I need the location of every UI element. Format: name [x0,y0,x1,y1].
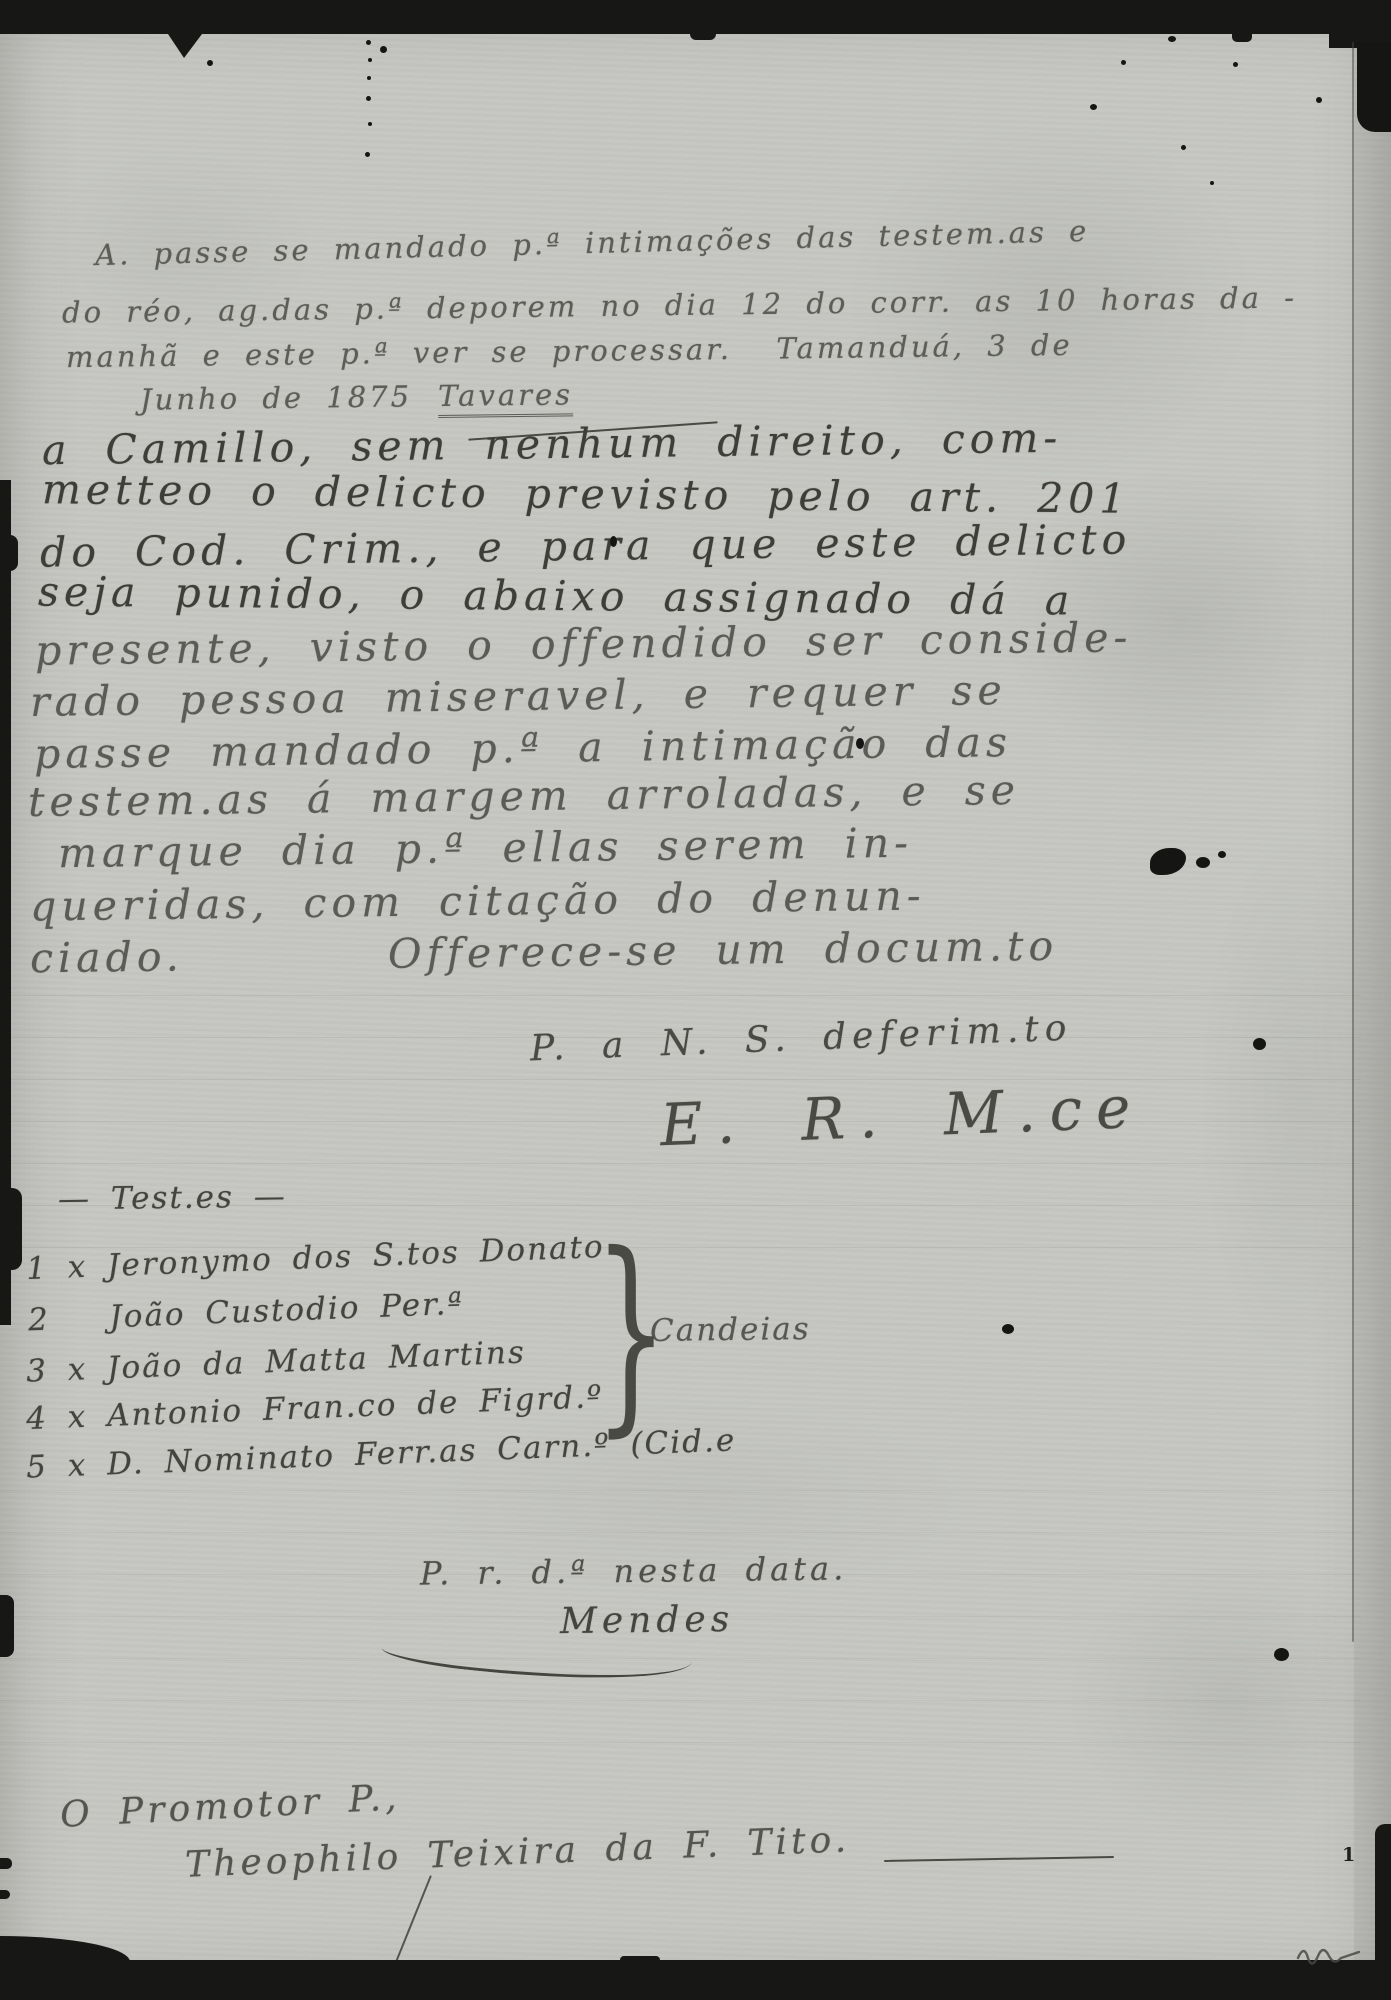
ink-spot [367,76,371,80]
ink-spot [1316,97,1322,103]
ink-spot [207,60,213,66]
scan-edge-blob [0,1595,14,1657]
ink-blot [1002,1324,1014,1334]
witness-brace-label: Candeias [650,1311,811,1349]
ink-spot [366,96,371,101]
ink-spot [368,122,372,126]
ink-spot [368,58,372,62]
scan-border-bump [1232,30,1252,42]
page-edge-strip [1354,42,1391,1960]
ink-spot [1210,181,1214,185]
ink-spot [1218,851,1226,858]
body-line-2: metteo o delicto previsto pelo art. 201 [42,465,1131,522]
scan-edge-blob [0,1188,22,1270]
scanned-manuscript-page: A. passe se mandado p.ª intimações das t… [0,0,1391,2000]
scan-edge-blob [0,1890,10,1899]
ink-blot [1274,1648,1289,1661]
ink-spot [365,152,370,157]
note-signature: Mendes [560,1599,735,1642]
witness-heading: — Test.es — [58,1179,287,1218]
ink-spot [1090,104,1097,110]
scan-corner-bottom-right [1375,1824,1391,1964]
ink-spot [1181,145,1186,150]
ink-spot [856,738,864,749]
ink-spot [610,536,617,547]
scan-border-bump [620,1956,660,1962]
ink-spot [1121,60,1126,65]
margin-scribble-icon [1296,1938,1366,1972]
scan-border-notch [168,34,202,58]
scan-border-bump [690,30,716,40]
despacho-signature: Tavares [438,377,573,418]
scan-edge-blob [0,535,18,571]
ink-spot [1233,62,1238,67]
ink-spot [380,46,387,53]
scan-edge-blob [0,1858,12,1869]
page-edge-crease [1352,42,1354,1642]
ink-blot [1196,857,1210,868]
despacho-date: Junho de 1875 [140,379,412,416]
page-number: 1 [1342,1844,1355,1866]
despacho-date-line: Junho de 1875Tavares [140,377,573,416]
ink-spot [366,40,371,45]
ink-spot [1168,36,1176,42]
scan-border-top [0,0,1391,34]
scan-border-bottom [0,1960,1391,2000]
ink-blot [1253,1038,1266,1050]
note-line: P. r. d.ª nesta data. [420,1549,848,1592]
